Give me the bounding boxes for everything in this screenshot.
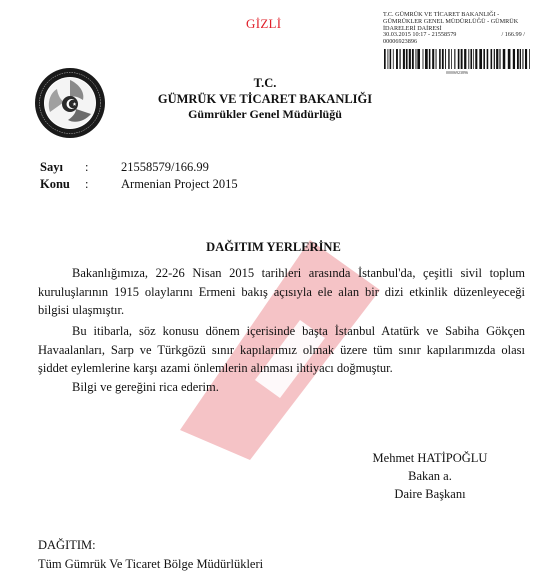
signature-block: Mehmet HATİPOĞLU Bakan a. Daire Başkanı <box>340 449 520 503</box>
paragraph-text: Bilgi ve gereğini rica ederim. <box>72 380 219 394</box>
letterhead: T.C. GÜMRÜK VE TİCARET BAKANLIĞI Gümrükl… <box>140 76 390 122</box>
barcode-icon <box>384 49 530 69</box>
stamp-ref-suffix: / 166.99 / <box>501 32 525 39</box>
barcode-number: 00006923896 <box>384 70 530 75</box>
body-paragraph: Bakanlığımıza, 22-26 Nisan 2015 tarihler… <box>38 264 525 320</box>
stamp-doc-number: 00006923896 <box>383 39 543 46</box>
subject-value: Armenian Project 2015 <box>121 176 238 193</box>
signatory-title: Bakan a. <box>340 467 520 485</box>
signatory-name: Mehmet HATİPOĞLU <box>340 449 520 467</box>
letterhead-directorate: Gümrükler Genel Müdürlüğü <box>140 107 390 122</box>
letterhead-ministry: GÜMRÜK VE TİCARET BAKANLIĞI <box>140 91 390 107</box>
signatory-title: Daire Başkanı <box>340 485 520 503</box>
paragraph-text: Bu itibarla, söz konusu dönem içerisinde… <box>38 324 525 375</box>
separator: : <box>85 176 121 193</box>
body-paragraph: Bu itibarla, söz konusu dönem içerisinde… <box>38 322 525 378</box>
body-paragraph: Bilgi ve gereğini rica ederim. <box>38 378 525 397</box>
ministry-seal-icon <box>33 66 107 140</box>
document-meta: Sayı : 21558579/166.99 Konu : Armenian P… <box>40 159 238 193</box>
number-value: 21558579/166.99 <box>121 159 209 176</box>
number-label: Sayı <box>40 159 85 176</box>
classification-label: GİZLİ <box>246 16 281 32</box>
document-stamp: T.C. GÜMRÜK VE TİCARET BAKANLIĞI - GÜMRÜ… <box>383 12 543 46</box>
paragraph-text: Bakanlığımıza, 22-26 Nisan 2015 tarihler… <box>38 266 525 317</box>
distribution-heading: DAĞITIM YERLERİNE <box>0 240 547 255</box>
distribution-label: DAĞITIM: <box>38 538 96 553</box>
distribution-item: Tüm Gümrük Ve Ticaret Bölge Müdürlükleri <box>38 557 263 572</box>
letterhead-line: T.C. <box>140 76 390 91</box>
subject-label: Konu <box>40 176 85 193</box>
separator: : <box>85 159 121 176</box>
